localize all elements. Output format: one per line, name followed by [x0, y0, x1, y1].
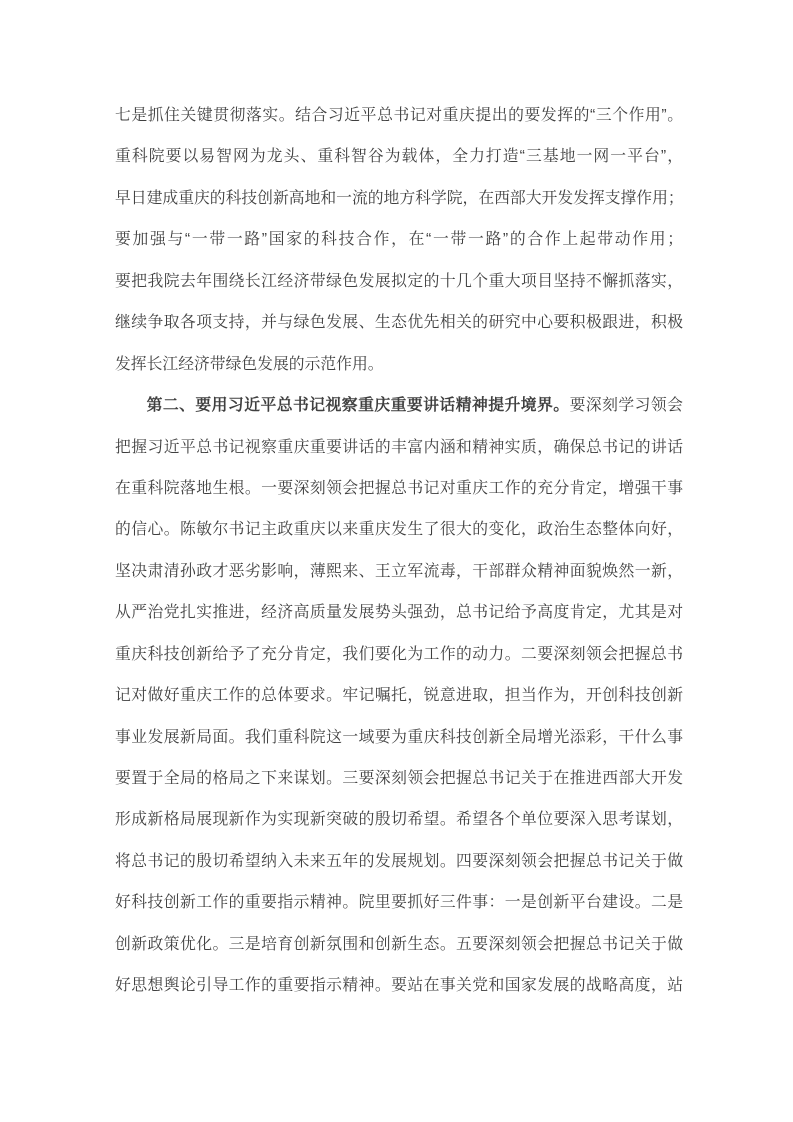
paragraph: 七是抓住关键贯彻落实。结合习近平总书记对重庆提出的要发挥的“三个作用”。重科院要…	[115, 95, 683, 385]
text-line: 从严治党扎实推进，经济高质量发展势头强劲，总书记给予高度肯定，尤其是对	[115, 592, 683, 633]
text-segment: 将总书记的殷切希望纳入未来五年的发展规划。四要深刻领会把握总书记关于做	[115, 853, 683, 870]
text-segment: 发挥长江经济带绿色发展的示范作用。	[115, 356, 384, 373]
text-segment: 坚决肃清孙政才恶劣影响，薄熙来、王立军流毒，干部群众精神面貌焕然一新，	[115, 563, 683, 580]
text-segment: 要深刻学习领会	[570, 397, 683, 414]
text-line: 要置于全局的格局之下来谋划。三要深刻领会把握总书记关于在推进西部大开发	[115, 758, 683, 799]
text-line: 重庆科技创新给予了充分肯定，我们要化为工作的动力。二要深刻领会把握总书	[115, 634, 683, 675]
text-segment: 要加强与“一带一路”国家的科技合作，在“一带一路”的合作上起带动作用；	[115, 231, 683, 248]
text-segment: 形成新格局展现新作为实现新突破的殷切希望。希望各个单位要深入思考谋划，	[115, 811, 683, 828]
text-segment: 七是抓住关键贯彻落实。结合习近平总书记对重庆提出的要发挥的“三个作用”。	[115, 107, 683, 124]
bold-text-segment: 第二、要用习近平总书记视察重庆重要讲话精神提升境界。	[147, 397, 570, 414]
text-line: 事业发展新局面。我们重科院这一域要为重庆科技创新全局增光添彩，干什么事	[115, 717, 683, 758]
text-line: 七是抓住关键贯彻落实。结合习近平总书记对重庆提出的要发挥的“三个作用”。	[115, 95, 683, 136]
text-line: 将总书记的殷切希望纳入未来五年的发展规划。四要深刻领会把握总书记关于做	[115, 841, 683, 882]
text-segment: 好思想舆论引导工作的重要指示精神。要站在事关党和国家发展的战略高度，站	[115, 977, 683, 994]
document-page: 七是抓住关键贯彻落实。结合习近平总书记对重庆提出的要发挥的“三个作用”。重科院要…	[0, 0, 793, 1122]
text-segment: 在重科院落地生根。一要深刻领会把握总书记对重庆工作的充分肯定，增强干事	[115, 480, 683, 497]
text-segment: 从严治党扎实推进，经济高质量发展势头强劲，总书记给予高度肯定，尤其是对	[115, 604, 683, 621]
text-line: 要把我院去年围绕长江经济带绿色发展拟定的十几个重大项目坚持不懈抓落实，	[115, 261, 683, 302]
text-line: 早日建成重庆的科技创新高地和一流的地方科学院，在西部大开发发挥支撑作用；	[115, 178, 683, 219]
text-line: 在重科院落地生根。一要深刻领会把握总书记对重庆工作的充分肯定，增强干事	[115, 468, 683, 509]
text-segment: 事业发展新局面。我们重科院这一域要为重庆科技创新全局增光添彩，干什么事	[115, 729, 683, 746]
text-segment: 继续争取各项支持，并与绿色发展、生态优先相关的研究中心要积极跟进，积极	[115, 314, 683, 331]
document-body: 七是抓住关键贯彻落实。结合习近平总书记对重庆提出的要发挥的“三个作用”。重科院要…	[115, 95, 683, 1007]
text-line: 的信心。陈敏尔书记主政重庆以来重庆发生了很大的变化，政治生态整体向好，	[115, 509, 683, 550]
text-line: 好思想舆论引导工作的重要指示精神。要站在事关党和国家发展的战略高度，站	[115, 965, 683, 1006]
text-line: 要加强与“一带一路”国家的科技合作，在“一带一路”的合作上起带动作用；	[115, 219, 683, 260]
text-segment: 创新政策优化。三是培育创新氛围和创新生态。五要深刻领会把握总书记关于做	[115, 936, 683, 953]
text-line: 继续争取各项支持，并与绿色发展、生态优先相关的研究中心要积极跟进，积极	[115, 302, 683, 343]
text-segment: 好科技创新工作的重要指示精神。院里要抓好三件事：一是创新平台建设。二是	[115, 894, 683, 911]
text-line: 形成新格局展现新作为实现新突破的殷切希望。希望各个单位要深入思考谋划，	[115, 799, 683, 840]
text-line: 把握习近平总书记视察重庆重要讲话的丰富内涵和精神实质，确保总书记的讲话	[115, 427, 683, 468]
text-segment: 重科院要以易智网为龙头、重科智谷为载体，全力打造“三基地一网一平台”，	[115, 148, 683, 165]
paragraph: 第二、要用习近平总书记视察重庆重要讲话精神提升境界。要深刻学习领会把握习近平总书…	[115, 385, 683, 1007]
text-line: 第二、要用习近平总书记视察重庆重要讲话精神提升境界。要深刻学习领会	[115, 385, 683, 426]
text-segment: 重庆科技创新给予了充分肯定，我们要化为工作的动力。二要深刻领会把握总书	[115, 646, 683, 663]
text-segment: 要置于全局的格局之下来谋划。三要深刻领会把握总书记关于在推进西部大开发	[115, 770, 683, 787]
text-segment: 把握习近平总书记视察重庆重要讲话的丰富内涵和精神实质，确保总书记的讲话	[115, 439, 683, 456]
text-line: 重科院要以易智网为龙头、重科智谷为载体，全力打造“三基地一网一平台”，	[115, 136, 683, 177]
text-segment: 记对做好重庆工作的总体要求。牢记嘱托，锐意进取，担当作为，开创科技创新	[115, 687, 683, 704]
text-line: 坚决肃清孙政才恶劣影响，薄熙来、王立军流毒，干部群众精神面貌焕然一新，	[115, 551, 683, 592]
text-line: 好科技创新工作的重要指示精神。院里要抓好三件事：一是创新平台建设。二是	[115, 882, 683, 923]
text-line: 发挥长江经济带绿色发展的示范作用。	[115, 344, 683, 385]
text-segment: 早日建成重庆的科技创新高地和一流的地方科学院，在西部大开发发挥支撑作用；	[115, 190, 684, 207]
text-line: 创新政策优化。三是培育创新氛围和创新生态。五要深刻领会把握总书记关于做	[115, 924, 683, 965]
text-line: 记对做好重庆工作的总体要求。牢记嘱托，锐意进取，担当作为，开创科技创新	[115, 675, 683, 716]
text-segment: 的信心。陈敏尔书记主政重庆以来重庆发生了很大的变化，政治生态整体向好，	[115, 521, 683, 538]
text-segment: 要把我院去年围绕长江经济带绿色发展拟定的十几个重大项目坚持不懈抓落实，	[115, 273, 683, 290]
